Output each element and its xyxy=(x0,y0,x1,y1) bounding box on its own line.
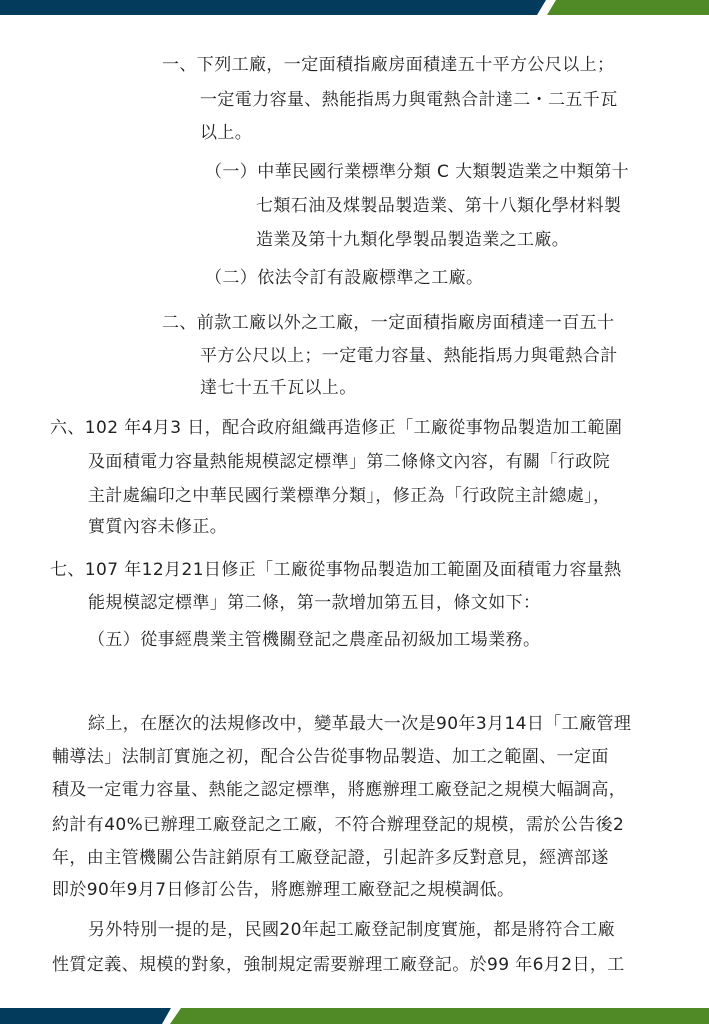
item1-line1: 一、下列工廠，一定面積指廠房面積達五十平方公尺以上； xyxy=(162,55,614,75)
item1-line2: 一定電力容量、熱能指馬力與電熱合計達二・二五千瓦 xyxy=(200,90,618,110)
item7-sub5: （五）從事經農業主管機關登記之農產品初級加工場業務。 xyxy=(88,630,540,650)
item1-line3: 以上。 xyxy=(200,123,252,143)
header-navy-stripe xyxy=(0,0,546,15)
para1-line6: 即於90年9月7日修訂公告，將應辦理工廠登記之規模調低。 xyxy=(52,880,514,900)
para1-line5: 年，由主管機關公告註銷原有工廠登記證，引起許多反對意見，經濟部遂 xyxy=(52,848,609,868)
item2-line2: 平方公尺以上；一定電力容量、熱能指馬力與電熱合計 xyxy=(200,346,618,366)
header-decor-bar xyxy=(0,0,709,15)
item1-sub1-line1: （一）中華民國行業標準分類 C 大類製造業之中類第十 xyxy=(205,162,629,182)
item6-line3: 主計處編印之中華民國行業標準分類」，修正為「行政院主計總處」， xyxy=(88,486,610,506)
item6-line1: 六、102 年4月3 日，配合政府組織再造修正「工廠從事物品製造加工範圍 xyxy=(50,418,622,438)
item1-sub2: （二）依法令訂有設廠標準之工廠。 xyxy=(205,268,483,288)
para1-line2: 輔導法」法制訂實施之初，配合公告從事物品製造、加工之範圍、一定面 xyxy=(52,747,609,767)
para1-line3: 積及一定電力容量、熱能之認定標準，將應辦理工廠登記之規模大幅調高， xyxy=(52,780,626,800)
item2-line3: 達七十五千瓦以上。 xyxy=(200,378,357,398)
item7-line1: 七、107 年12月21日修正「工廠從事物品製造加工範圍及面積電力容量熱 xyxy=(50,560,622,580)
footer-navy-stripe xyxy=(0,1008,171,1024)
para1-line4: 約計有40%已辦理工廠登記之工廠，不符合辦理登記的規模，需於公告後2 xyxy=(52,815,624,835)
item1-sub1-line3: 造業及第十九類化學製品製造業之工廠。 xyxy=(256,230,569,250)
header-green-stripe xyxy=(547,0,709,15)
item7-line2: 能規模認定標準」第二條，第一款增加第五目，條文如下： xyxy=(88,593,540,613)
footer-green-stripe xyxy=(170,1008,709,1024)
item6-line4: 實質內容未修正。 xyxy=(88,517,227,537)
item2-line1: 二、前款工廠以外之工廠，一定面積指廠房面積達一百五十 xyxy=(162,313,614,333)
para2-line2: 性質定義、規模的對象，強制規定需要辦理工廠登記。於99 年6月2日，工 xyxy=(52,955,625,975)
para1-line1: 綜上，在歷次的法規修改中，變革最大一次是90年3月14日「工廠管理 xyxy=(88,714,631,734)
item6-line2: 及面積電力容量熱能規模認定標準」第二條條文內容，有關「行政院 xyxy=(88,452,610,472)
item1-sub1-line2: 七類石油及煤製品製造業、第十八類化學材料製 xyxy=(256,196,621,216)
footer-decor-bar xyxy=(0,1008,709,1024)
para2-line1: 另外特別一提的是，民國20年起工廠登記制度實施，都是將符合工廠 xyxy=(88,920,615,940)
